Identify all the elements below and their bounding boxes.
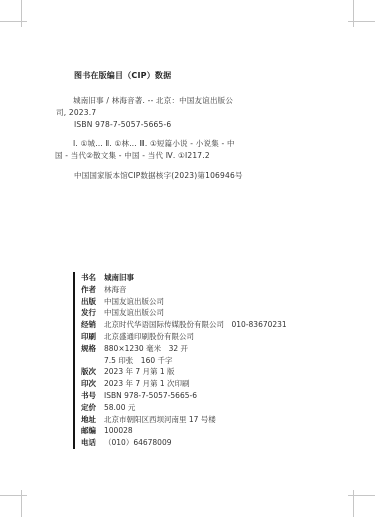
colophon-row: 出版 中国友谊出版公司 xyxy=(81,296,287,308)
colophon-row-value: 北京时代华语国际传媒股份有限公司 010-83670231 xyxy=(104,319,287,331)
colophon-row-value: 58.00 元 xyxy=(104,402,135,414)
colophon-row: 印次 2023 年 7 月第 1 次印刷 xyxy=(81,378,287,390)
colophon-row-value: 7.5 印张 160 千字 xyxy=(104,355,173,367)
colophon-row-label: 电话 xyxy=(81,437,97,449)
colophon-table: 书名 城南旧事 作者 林海音 出版 中国友谊出版公司 发行 中国友谊出版公司 经… xyxy=(73,272,287,449)
colophon-row-value: 2023 年 7 月第 1 次印刷 xyxy=(104,378,190,390)
colophon-row-label: 定价 xyxy=(81,402,97,414)
colophon-row: 书号 ISBN 978-7-5057-5665-6 xyxy=(81,390,287,402)
colophon-row: 7.5 印张 160 千字 xyxy=(81,355,287,367)
colophon-row: 地址 北京市朝阳区西坝河南里 17 号楼 xyxy=(81,414,287,426)
colophon-row: 邮编 100028 xyxy=(81,425,287,437)
book-copyright-page: 图书在版编目（CIP）数据 城南旧事 / 林海音著. -- 北京：中国友谊出版公… xyxy=(0,0,375,517)
colophon-row: 定价 58.00 元 xyxy=(81,402,287,414)
colophon-row-value: 880×1230 毫米 32 开 xyxy=(104,343,188,355)
colophon-row-value: 北京盛通印刷股份有限公司 xyxy=(104,331,194,343)
colophon-row-label: 经销 xyxy=(81,319,97,331)
colophon-row-value: 中国友谊出版公司 xyxy=(104,296,164,308)
colophon-row: 印刷 北京盛通印刷股份有限公司 xyxy=(81,331,287,343)
colophon-row-label: 出版 xyxy=(81,296,97,308)
colophon-row-label: 书名 xyxy=(81,272,97,284)
colophon-row: 规格 880×1230 毫米 32 开 xyxy=(81,343,287,355)
colophon-row-label: 规格 xyxy=(81,343,97,355)
colophon-row-label: 发行 xyxy=(81,307,97,319)
colophon-row-label: 版次 xyxy=(81,366,97,378)
colophon-row-label: 书号 xyxy=(81,390,97,402)
cip-header: 图书在版编目（CIP）数据 xyxy=(74,71,171,81)
colophon-row-value: 北京市朝阳区西坝河南里 17 号楼 xyxy=(104,414,216,426)
colophon-row-label xyxy=(81,355,97,367)
colophon-row: 书名 城南旧事 xyxy=(81,272,287,284)
cip-description-line-1: 城南旧事 / 林海音著. -- 北京：中国友谊出版公 xyxy=(73,96,233,106)
colophon-row-value: 林海音 xyxy=(104,284,127,296)
colophon-row: 版次 2023 年 7 月第 1 版 xyxy=(81,366,287,378)
cip-classification-line-2: 国 - 当代②散文集 - 中国 - 当代 Ⅳ. ①I217.2 xyxy=(55,151,210,161)
colophon-row-label: 邮编 xyxy=(81,425,97,437)
colophon-row-value: 100028 xyxy=(104,425,133,437)
colophon-row: 电话 （010）64678009 xyxy=(81,437,287,449)
cip-description-line-2: 司, 2023.7 xyxy=(56,108,96,118)
colophon-row-value: ISBN 978-7-5057-5665-6 xyxy=(104,390,197,402)
colophon-row-label: 印刷 xyxy=(81,331,97,343)
isbn-line: ISBN 978-7-5057-5665-6 xyxy=(74,120,171,130)
colophon-row-value: 城南旧事 xyxy=(104,272,134,284)
colophon-row-value: 2023 年 7 月第 1 版 xyxy=(104,366,175,378)
cip-record-number: 中国国家版本馆CIP数据核字(2023)第106946号 xyxy=(74,171,243,181)
cip-classification-line-1: Ⅰ. ①城… Ⅱ. ①林… Ⅲ. ①短篇小说 - 小说集 - 中 xyxy=(73,139,235,149)
colophon-row: 发行 中国友谊出版公司 xyxy=(81,307,287,319)
colophon-row-label: 作者 xyxy=(81,284,97,296)
colophon-row-value: （010）64678009 xyxy=(104,437,172,449)
colophon-row: 作者 林海音 xyxy=(81,284,287,296)
colophon-row: 经销 北京时代华语国际传媒股份有限公司 010-83670231 xyxy=(81,319,287,331)
colophon-row-label: 地址 xyxy=(81,414,97,426)
colophon-row-label: 印次 xyxy=(81,378,97,390)
colophon-row-value: 中国友谊出版公司 xyxy=(104,307,164,319)
